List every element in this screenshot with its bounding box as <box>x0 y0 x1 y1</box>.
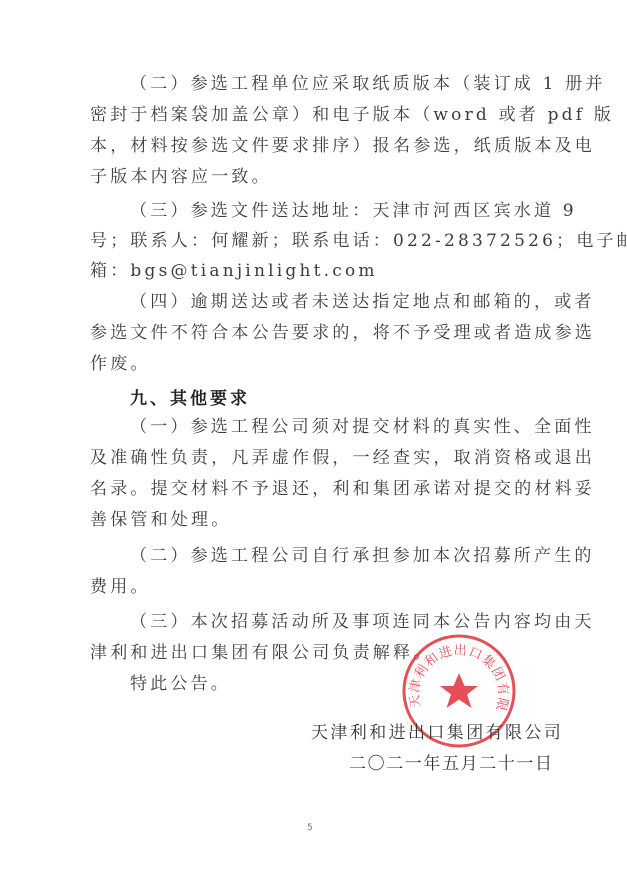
paragraph-line: 名录。提交材料不予退还，利和集团承诺对提交的材料妥 <box>90 478 538 500</box>
paragraph-line: （二）参选工程单位应采取纸质版本（装订成 1 册并 <box>130 73 538 95</box>
paragraph-line: 作废。 <box>90 353 538 375</box>
paragraph-line: 参选文件不符合本公告要求的，将不予受理或者造成参选 <box>90 322 538 344</box>
paragraph-line: 子版本内容应一致。 <box>90 166 538 188</box>
document-page: （二）参选工程单位应采取纸质版本（装订成 1 册并 密封于档案袋加盖公章）和电子… <box>0 0 627 891</box>
section-heading: 九、其他要求 <box>130 384 250 409</box>
paragraph-line: 费用。 <box>90 576 538 598</box>
paragraph-line: （三）参选文件送达地址：天津市河西区宾水道 9 <box>130 200 538 222</box>
paragraph-line: 善保管和处理。 <box>90 509 538 531</box>
paragraph-line: 密封于档案袋加盖公章）和电子版本（word 或者 pdf 版 <box>90 104 538 126</box>
email-line: 箱：bgs@tianjinlight.com <box>90 260 538 282</box>
page-number: 5 <box>307 823 313 833</box>
paragraph-line: 津利和进出口集团有限公司负责解释。 <box>90 642 538 664</box>
paragraph-line: （一）参选工程公司须对提交材料的真实性、全面性 <box>130 416 538 438</box>
closing-text: 特此公告。 <box>130 673 538 695</box>
paragraph-line: （二）参选工程公司自行承担参加本次招募所产生的 <box>130 545 538 567</box>
paragraph-line: 本，材料按参选文件要求排序）报名参选，纸质版本及电 <box>90 135 538 157</box>
signature-company: 天津利和进出口集团有限公司 <box>311 718 563 743</box>
paragraph-line: （四）逾期送达或者未送达指定地点和邮箱的，或者 <box>130 291 538 313</box>
paragraph-line: 及准确性负责，凡弄虚作假，一经查实，取消资格或退出 <box>90 447 538 469</box>
signature-date: 二〇二一年五月二十一日 <box>349 749 554 774</box>
paragraph-line: 号；联系人：何耀新；联系电话：022-28372526；电子邮 <box>90 230 538 252</box>
paragraph-line: （三）本次招募活动所及事项连同本公告内容均由天 <box>130 611 538 633</box>
